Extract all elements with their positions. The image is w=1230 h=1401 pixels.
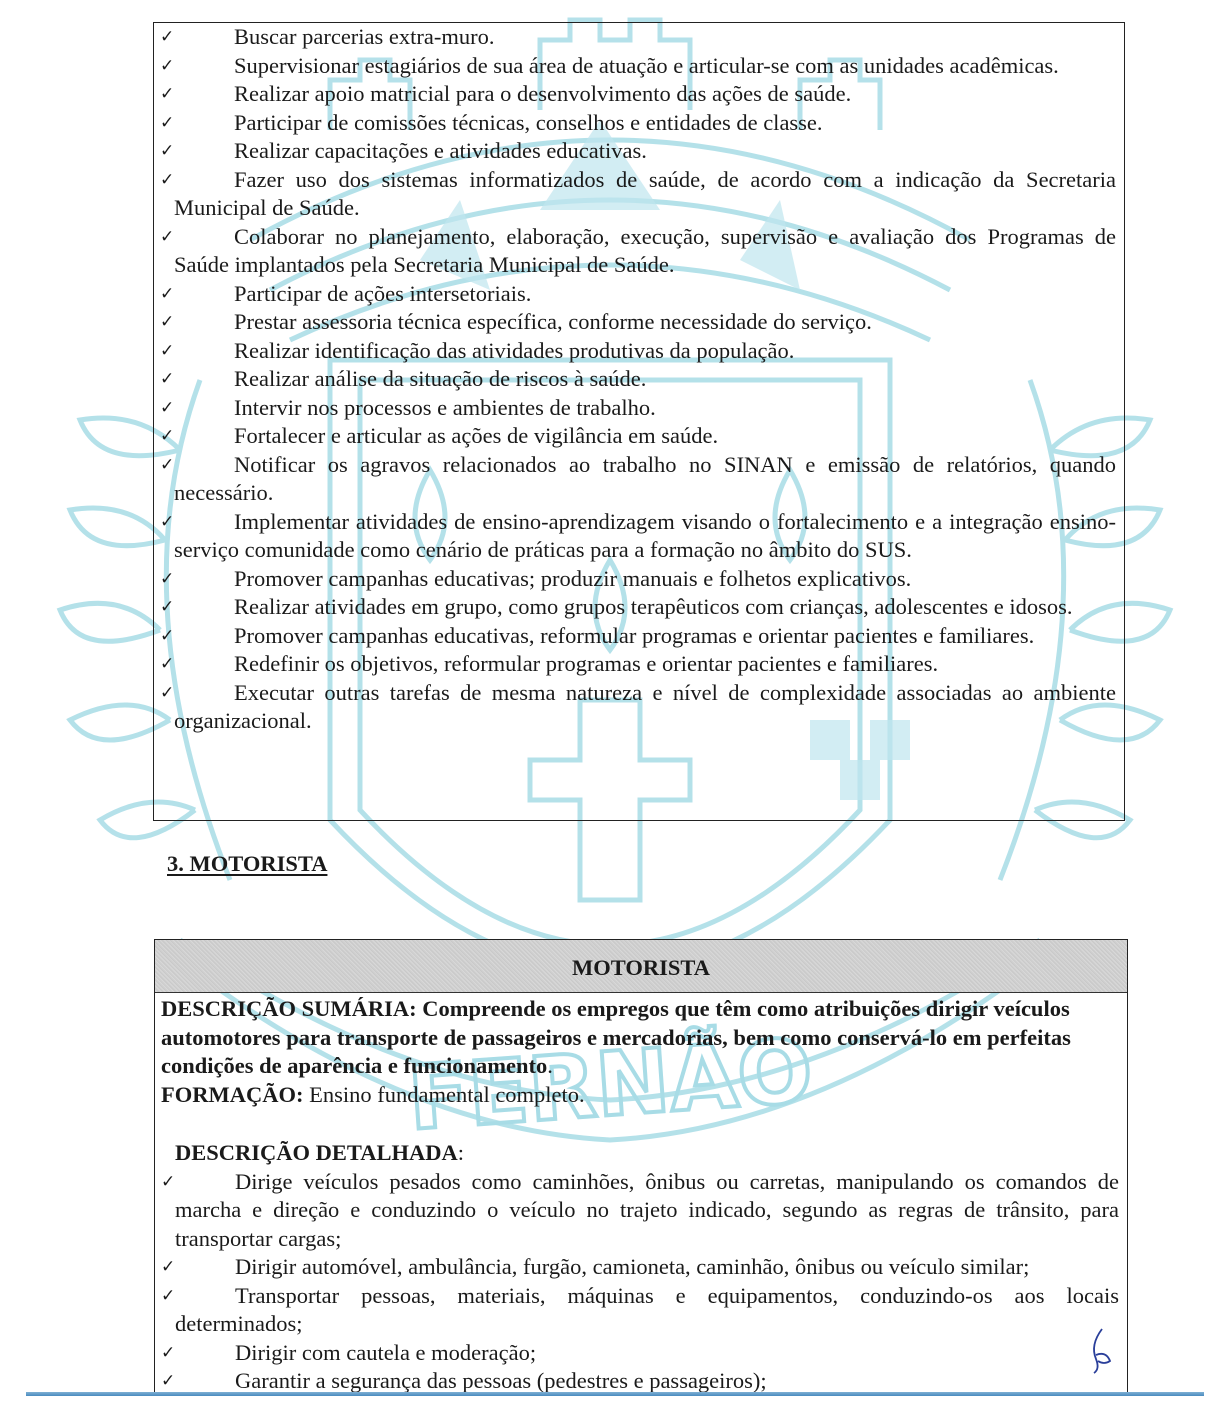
list-item: ✓Participar de comissões técnicas, conse… <box>154 109 1124 138</box>
motorista-box: MOTORISTA DESCRIÇÃO SUMÁRIA: Compreende … <box>154 939 1128 1395</box>
motorista-header-label: MOTORISTA <box>572 955 710 981</box>
list-item: ✓Realizar identificação das atividades p… <box>154 337 1124 366</box>
checkmark-icon: ✓ <box>160 80 174 109</box>
checkmark-icon: ✓ <box>161 1253 175 1282</box>
checkmark-icon: ✓ <box>160 508 174 537</box>
list-item-text: Participar de ações intersetoriais. <box>174 280 1116 309</box>
checkmark-icon: ✓ <box>160 650 174 679</box>
checkmark-icon: ✓ <box>160 593 174 622</box>
motorista-header: MOTORISTA <box>155 940 1127 993</box>
list-item: ✓Executar outras tarefas de mesma nature… <box>154 679 1124 736</box>
list-item: ✓Participar de ações intersetoriais. <box>154 280 1124 309</box>
checkmark-icon: ✓ <box>160 52 174 81</box>
list-item: ✓Realizar apoio matricial para o desenvo… <box>154 80 1124 109</box>
section-title: 3. MOTORISTA <box>167 851 327 877</box>
list-item-text: Notificar os agravos relacionados ao tra… <box>174 451 1116 508</box>
list-item: ✓Realizar atividades em grupo, como grup… <box>154 593 1124 622</box>
summary-end: . <box>547 1053 553 1078</box>
list-item: ✓Realizar capacitações e atividades educ… <box>154 137 1124 166</box>
list-item-text: Participar de comissões técnicas, consel… <box>174 109 1116 138</box>
checkmark-icon: ✓ <box>161 1339 175 1368</box>
signature-initial-icon <box>1080 1325 1120 1375</box>
checkmark-icon: ✓ <box>160 280 174 309</box>
list-item: ✓Realizar análise da situação de riscos … <box>154 365 1124 394</box>
summary-label: DESCRIÇÃO SUMÁRIA: <box>161 996 417 1021</box>
list-item-text: Realizar apoio matricial para o desenvol… <box>174 80 1116 109</box>
checkmark-icon: ✓ <box>160 109 174 138</box>
checkmark-icon: ✓ <box>160 223 174 252</box>
list-item-text: Promover campanhas educativas, reformula… <box>174 622 1116 651</box>
list-item-text: Implementar atividades de ensino-aprendi… <box>174 508 1116 565</box>
summary-block: DESCRIÇÃO SUMÁRIA: Compreende os emprego… <box>155 993 1127 1109</box>
detalhada-list: ✓Dirige veículos pesados como caminhões,… <box>155 1168 1127 1396</box>
checkmark-icon: ✓ <box>160 565 174 594</box>
list-item-text: Executar outras tarefas de mesma naturez… <box>174 679 1116 736</box>
document-page: ✓Buscar parcerias extra-muro.✓Supervisio… <box>0 0 1230 1401</box>
checkmark-icon: ✓ <box>160 394 174 423</box>
list-item-text: Supervisionar estagiários de sua área de… <box>174 52 1116 81</box>
checkmark-icon: ✓ <box>160 451 174 480</box>
detail-title: DESCRIÇÃO DETALHADA: <box>155 1109 1127 1168</box>
list-item: ✓Dirige veículos pesados como caminhões,… <box>155 1168 1127 1254</box>
checkmark-icon: ✓ <box>160 422 174 451</box>
checkmark-icon: ✓ <box>160 308 174 337</box>
detail-title-label: DESCRIÇÃO DETALHADA <box>175 1140 458 1165</box>
list-item-text: Realizar capacitações e atividades educa… <box>174 137 1116 166</box>
atribuicoes-box: ✓Buscar parcerias extra-muro.✓Supervisio… <box>153 22 1125 821</box>
list-item-text: Intervir nos processos e ambientes de tr… <box>174 394 1116 423</box>
list-item: ✓Promover campanhas educativas, reformul… <box>154 622 1124 651</box>
list-item-text: Prestar assessoria técnica específica, c… <box>174 308 1116 337</box>
list-item: ✓Promover campanhas educativas; produzir… <box>154 565 1124 594</box>
list-item-text: Dirige veículos pesados como caminhões, … <box>175 1168 1119 1254</box>
checkmark-icon: ✓ <box>161 1282 175 1311</box>
formation-text: Ensino fundamental completo. <box>303 1082 584 1107</box>
list-item-text: Realizar identificação das atividades pr… <box>174 337 1116 366</box>
list-item: ✓Colaborar no planejamento, elaboração, … <box>154 223 1124 280</box>
checkmark-icon: ✓ <box>160 137 174 166</box>
list-item: ✓Implementar atividades de ensino-aprend… <box>154 508 1124 565</box>
atribuicoes-list: ✓Buscar parcerias extra-muro.✓Supervisio… <box>154 23 1124 736</box>
checkmark-icon: ✓ <box>160 365 174 394</box>
list-item-text: Realizar análise da situação de riscos à… <box>174 365 1116 394</box>
list-item: ✓Dirigir automóvel, ambulância, furgão, … <box>155 1253 1127 1282</box>
list-item-text: Dirigir automóvel, ambulância, furgão, c… <box>175 1253 1119 1282</box>
list-item: ✓Prestar assessoria técnica específica, … <box>154 308 1124 337</box>
list-item: ✓Buscar parcerias extra-muro. <box>154 23 1124 52</box>
list-item-text: Buscar parcerias extra-muro. <box>174 23 1116 52</box>
footer-divider <box>26 1392 1204 1396</box>
formation-label: FORMAÇÃO: <box>161 1082 303 1107</box>
list-item: ✓Redefinir os objetivos, reformular prog… <box>154 650 1124 679</box>
list-item-text: Redefinir os objetivos, reformular progr… <box>174 650 1116 679</box>
list-item: ✓Fazer uso dos sistemas informatizados d… <box>154 166 1124 223</box>
checkmark-icon: ✓ <box>160 23 174 52</box>
list-item: ✓Supervisionar estagiários de sua área d… <box>154 52 1124 81</box>
checkmark-icon: ✓ <box>160 166 174 195</box>
list-item-text: Fazer uso dos sistemas informatizados de… <box>174 166 1116 223</box>
list-item-text: Promover campanhas educativas; produzir … <box>174 565 1116 594</box>
checkmark-icon: ✓ <box>160 337 174 366</box>
list-item-text: Fortalecer e articular as ações de vigil… <box>174 422 1116 451</box>
list-item: ✓Transportar pessoas, materiais, máquina… <box>155 1282 1127 1339</box>
list-item-text: Transportar pessoas, materiais, máquinas… <box>175 1282 1119 1339</box>
detail-title-colon: : <box>458 1140 464 1165</box>
checkmark-icon: ✓ <box>161 1168 175 1197</box>
list-item-text: Colaborar no planejamento, elaboração, e… <box>174 223 1116 280</box>
list-item: ✓Fortalecer e articular as ações de vigi… <box>154 422 1124 451</box>
list-item: ✓Intervir nos processos e ambientes de t… <box>154 394 1124 423</box>
list-item: ✓Notificar os agravos relacionados ao tr… <box>154 451 1124 508</box>
list-item-text: Realizar atividades em grupo, como grupo… <box>174 593 1116 622</box>
checkmark-icon: ✓ <box>160 679 174 708</box>
list-item-text: Dirigir com cautela e moderação; <box>175 1339 1119 1368</box>
checkmark-icon: ✓ <box>160 622 174 651</box>
list-item: ✓Dirigir com cautela e moderação; <box>155 1339 1127 1368</box>
